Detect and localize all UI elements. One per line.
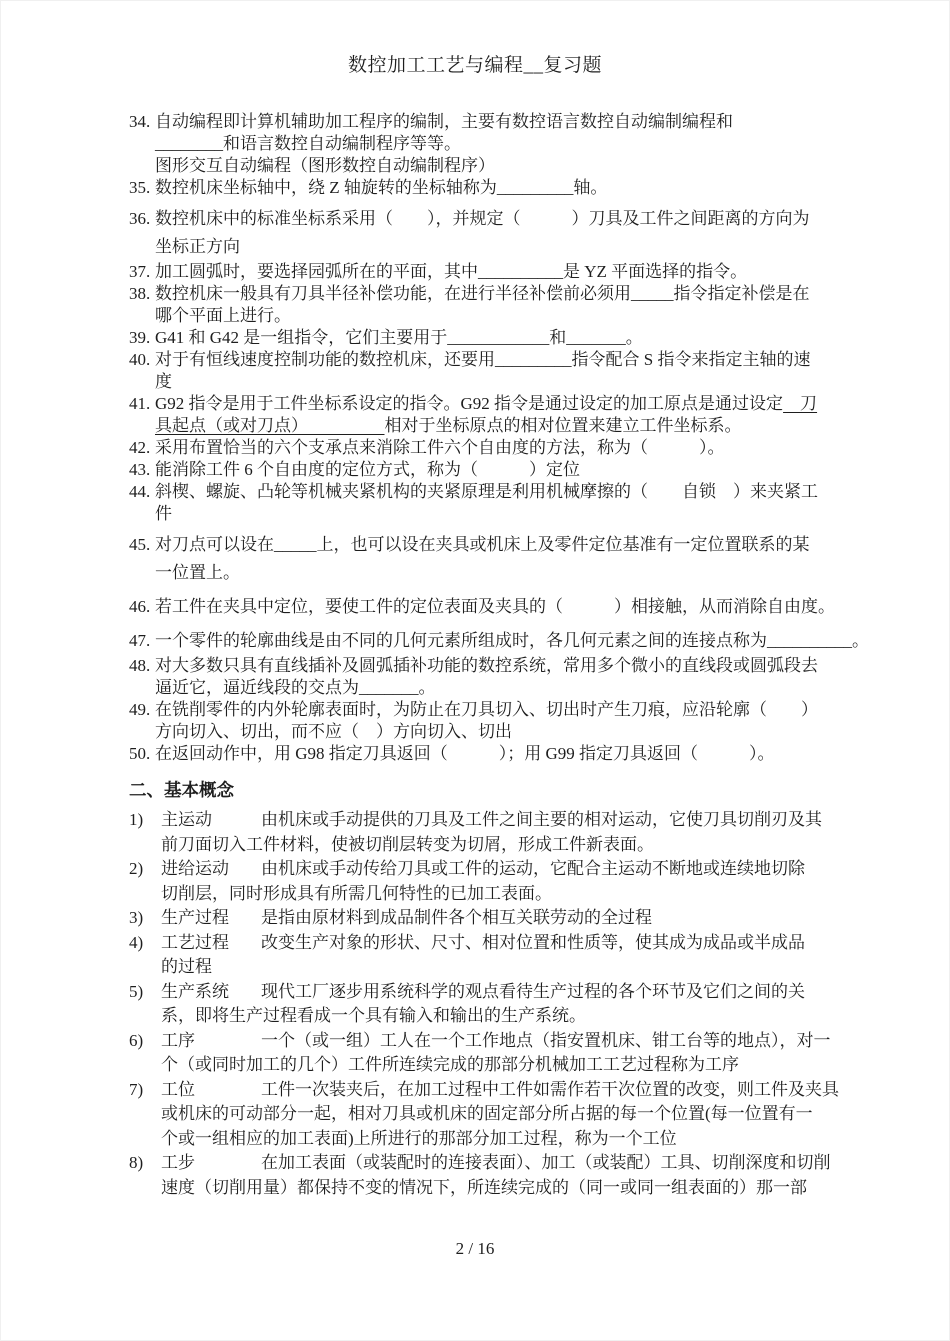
concept-item: 4)工艺过程改变生产对象的形状、尺寸、相对位置和性质等，使其成为成品或半成品的过…: [129, 931, 879, 980]
question-body: 斜楔、螺旋、凸轮等机械夹紧机构的夹紧原理是利用机械摩擦的（ 自锁 ）来夹紧工件: [155, 481, 879, 525]
question-body: 能消除工件 6 个自由度的定位方式，称为（ ）定位: [155, 459, 879, 481]
question-line: 坐标正方向: [155, 233, 879, 261]
concept-item: 8)工步在加工表面（或装配时的连接表面）、加工（或装配）工具、切削深度和切削速度…: [129, 1151, 879, 1200]
question-body: 若工件在夹具中定位，要使工件的定位表面及夹具的（ ）相接触，从而消除自由度。: [155, 593, 879, 621]
question-item: 46.若工件在夹具中定位，要使工件的定位表面及夹具的（ ）相接触，从而消除自由度…: [129, 593, 879, 621]
question-number: 42.: [129, 437, 155, 459]
question-list: 34.自动编程即计算机辅助加工程序的编制，主要有数控语言数控自动编制编程和___…: [129, 111, 879, 765]
question-number: 44.: [129, 481, 155, 525]
concept-line: 主运动由机床或手动提供的刀具及工件之间主要的相对运动，它使刀具切削刃及其: [161, 808, 879, 833]
question-item: 35.数控机床坐标轴中，绕 Z 轴旋转的坐标轴称为_________轴。: [129, 177, 879, 199]
question-line: ________和语言数控自动编制程序等等。: [155, 133, 879, 155]
question-line: 逼近它，逼近线段的交点为_______。: [155, 677, 879, 699]
question-body: 自动编程即计算机辅助加工程序的编制，主要有数控语言数控自动编制编程和______…: [155, 111, 879, 177]
question-item: 39.G41 和 G42 是一组指令，它们主要用于____________和__…: [129, 327, 879, 349]
underlined-answer-text: 具起点（或对刀点）: [155, 416, 385, 435]
question-number: 36.: [129, 205, 155, 261]
question-line: 数控机床中的标准坐标系采用（ ），并规定（ ）刀具及工件之间距离的方向为: [155, 205, 879, 233]
question-line: 自动编程即计算机辅助加工程序的编制，主要有数控语言数控自动编制编程和: [155, 111, 879, 133]
concept-definition: 工件一次装夹后，在加工过程中工件如需作若干次位置的改变，则工件及夹具: [261, 1080, 839, 1099]
concept-term: 工位: [161, 1078, 261, 1103]
question-number: 45.: [129, 531, 155, 587]
question-number: 50.: [129, 743, 155, 765]
concept-line: 生产过程是指由原材料到成品制件各个相互关联劳动的全过程: [161, 906, 879, 931]
concept-item: 7)工位工件一次装夹后，在加工过程中工件如需作若干次位置的改变，则工件及夹具或机…: [129, 1078, 879, 1152]
question-line: 图形交互自动编程（图形数控自动编制程序）: [155, 155, 879, 177]
question-body: 数控机床坐标轴中，绕 Z 轴旋转的坐标轴称为_________轴。: [155, 177, 879, 199]
question-line: 数控机床坐标轴中，绕 Z 轴旋转的坐标轴称为_________轴。: [155, 177, 879, 199]
question-number: 34.: [129, 111, 155, 177]
concept-list: 1)主运动由机床或手动提供的刀具及工件之间主要的相对运动，它使刀具切削刃及其前刀…: [129, 808, 879, 1200]
question-number: 40.: [129, 349, 155, 393]
question-line: 能消除工件 6 个自由度的定位方式，称为（ ）定位: [155, 459, 879, 481]
question-line: 对于有恒线速度控制功能的数控机床，还要用_________指令配合 S 指令来指…: [155, 349, 879, 371]
question-line: 在返回动作中，用 G98 指定刀具返回（ ）；用 G99 指定刀具返回（ ）。: [155, 743, 879, 765]
concept-body: 工位工件一次装夹后，在加工过程中工件如需作若干次位置的改变，则工件及夹具或机床的…: [161, 1078, 879, 1152]
question-line: 对大多数只具有直线插补及圆弧插补功能的数控系统，常用多个微小的直线段或圆弧段去: [155, 655, 879, 677]
concept-line: 个（或同时加工的几个）工件所连续完成的那部分机械加工工艺过程称为工序: [161, 1053, 879, 1078]
question-line: 哪个平面上进行。: [155, 305, 879, 327]
concept-line: 工位工件一次装夹后，在加工过程中工件如需作若干次位置的改变，则工件及夹具: [161, 1078, 879, 1103]
question-body: 采用布置恰当的六个支承点来消除工件六个自由度的方法，称为（ ）。: [155, 437, 879, 459]
question-item: 48.对大多数只具有直线插补及圆弧插补功能的数控系统，常用多个微小的直线段或圆弧…: [129, 655, 879, 699]
concept-line: 生产系统现代工厂逐步用系统科学的观点看待生产过程的各个环节及它们之间的关: [161, 980, 879, 1005]
concept-item: 1)主运动由机床或手动提供的刀具及工件之间主要的相对运动，它使刀具切削刃及其前刀…: [129, 808, 879, 857]
question-body: 对大多数只具有直线插补及圆弧插补功能的数控系统，常用多个微小的直线段或圆弧段去逼…: [155, 655, 879, 699]
concept-line: 或机床的可动部分一起，相对刀具或机床的固定部分所占据的每一个位置(每一位置有一: [161, 1102, 879, 1127]
concept-definition: 是指由原材料到成品制件各个相互关联劳动的全过程: [261, 908, 652, 927]
question-item: 47.一个零件的轮廓曲线是由不同的几何元素所组成时，各几何元素之间的连接点称为_…: [129, 627, 879, 655]
question-item: 36.数控机床中的标准坐标系采用（ ），并规定（ ）刀具及工件之间距离的方向为坐…: [129, 205, 879, 261]
question-number: 41.: [129, 393, 155, 437]
question-number: 49.: [129, 699, 155, 743]
concept-body: 工步在加工表面（或装配时的连接表面）、加工（或装配）工具、切削深度和切削速度（切…: [161, 1151, 879, 1200]
page-number: 2 / 16: [1, 1239, 949, 1259]
question-number: 46.: [129, 593, 155, 621]
question-line: 一个零件的轮廓曲线是由不同的几何元素所组成时，各几何元素之间的连接点称为____…: [155, 627, 879, 655]
concept-line: 前刀面切入工件材料，使被切削层转变为切屑，形成工件新表面。: [161, 833, 879, 858]
concept-definition: 改变生产对象的形状、尺寸、相对位置和性质等，使其成为成品或半成品: [261, 933, 805, 952]
concept-number: 7): [129, 1078, 161, 1152]
question-line: 斜楔、螺旋、凸轮等机械夹紧机构的夹紧原理是利用机械摩擦的（ 自锁 ）来夹紧工: [155, 481, 879, 503]
question-number: 48.: [129, 655, 155, 699]
concept-definition: 由机床或手动传给刀具或工件的运动，它配合主运动不断地或连续地切除: [261, 859, 805, 878]
question-line: 对刀点可以设在_____上，也可以设在夹具或机床上及零件定位基准有一定位置联系的…: [155, 531, 879, 559]
concept-line: 切削层，同时形成具有所需几何特性的已加工表面。: [161, 882, 879, 907]
concept-number: 4): [129, 931, 161, 980]
question-number: 43.: [129, 459, 155, 481]
concept-body: 工艺过程改变生产对象的形状、尺寸、相对位置和性质等，使其成为成品或半成品的过程: [161, 931, 879, 980]
question-body: 数控机床中的标准坐标系采用（ ），并规定（ ）刀具及工件之间距离的方向为坐标正方…: [155, 205, 879, 261]
question-line: 件: [155, 503, 879, 525]
question-text: G92 指令是用于工件坐标系设定的指令。G92 指令是通过设定的加工原点是通过设…: [155, 394, 783, 413]
concept-line: 的过程: [161, 955, 879, 980]
question-item: 37.加工圆弧时，要选择园弧所在的平面，其中__________是 YZ 平面选…: [129, 261, 879, 283]
question-item: 34.自动编程即计算机辅助加工程序的编制，主要有数控语言数控自动编制编程和___…: [129, 111, 879, 177]
question-item: 41.G92 指令是用于工件坐标系设定的指令。G92 指令是通过设定的加工原点是…: [129, 393, 879, 437]
concept-line: 个或一组相应的加工表面)上所进行的那部分加工过程，称为一个工位: [161, 1127, 879, 1152]
concept-body: 主运动由机床或手动提供的刀具及工件之间主要的相对运动，它使刀具切削刃及其前刀面切…: [161, 808, 879, 857]
question-number: 47.: [129, 627, 155, 655]
question-body: 在返回动作中，用 G98 指定刀具返回（ ）；用 G99 指定刀具返回（ ）。: [155, 743, 879, 765]
concept-term: 工艺过程: [161, 931, 261, 956]
concept-line: 进给运动由机床或手动传给刀具或工件的运动，它配合主运动不断地或连续地切除: [161, 857, 879, 882]
concept-line: 工艺过程改变生产对象的形状、尺寸、相对位置和性质等，使其成为成品或半成品: [161, 931, 879, 956]
concept-number: 8): [129, 1151, 161, 1200]
question-body: G92 指令是用于工件坐标系设定的指令。G92 指令是通过设定的加工原点是通过设…: [155, 393, 879, 437]
question-item: 50.在返回动作中，用 G98 指定刀具返回（ ）；用 G99 指定刀具返回（ …: [129, 743, 879, 765]
concept-line: 系，即将生产过程看成一个具有输入和输出的生产系统。: [161, 1004, 879, 1029]
concept-line: 工序一个（或一组）工人在一个工作地点（指安置机床、钳工台等的地点），对一: [161, 1029, 879, 1054]
question-line: 加工圆弧时，要选择园弧所在的平面，其中__________是 YZ 平面选择的指…: [155, 261, 879, 283]
question-item: 49.在铣削零件的内外轮廓表面时，为防止在刀具切入、切出时产生刀痕，应沿轮廓（ …: [129, 699, 879, 743]
concept-number: 5): [129, 980, 161, 1029]
question-line: 若工件在夹具中定位，要使工件的定位表面及夹具的（ ）相接触，从而消除自由度。: [155, 593, 879, 621]
question-number: 35.: [129, 177, 155, 199]
concept-item: 3)生产过程是指由原材料到成品制件各个相互关联劳动的全过程: [129, 906, 879, 931]
question-body: 在铣削零件的内外轮廓表面时，为防止在刀具切入、切出时产生刀痕，应沿轮廓（ ）方向…: [155, 699, 879, 743]
question-line: G92 指令是用于工件坐标系设定的指令。G92 指令是通过设定的加工原点是通过设…: [155, 393, 879, 415]
question-item: 42.采用布置恰当的六个支承点来消除工件六个自由度的方法，称为（ ）。: [129, 437, 879, 459]
question-line: 采用布置恰当的六个支承点来消除工件六个自由度的方法，称为（ ）。: [155, 437, 879, 459]
concept-term: 生产系统: [161, 980, 261, 1005]
concept-number: 6): [129, 1029, 161, 1078]
question-line: 度: [155, 371, 879, 393]
concept-item: 2)进给运动由机床或手动传给刀具或工件的运动，它配合主运动不断地或连续地切除切削…: [129, 857, 879, 906]
question-line: G41 和 G42 是一组指令，它们主要用于____________和_____…: [155, 327, 879, 349]
question-body: 加工圆弧时，要选择园弧所在的平面，其中__________是 YZ 平面选择的指…: [155, 261, 879, 283]
concept-definition: 一个（或一组）工人在一个工作地点（指安置机床、钳工台等的地点），对一: [261, 1031, 831, 1050]
question-body: 对于有恒线速度控制功能的数控机床，还要用_________指令配合 S 指令来指…: [155, 349, 879, 393]
concept-body: 工序一个（或一组）工人在一个工作地点（指安置机床、钳工台等的地点），对一个（或同…: [161, 1029, 879, 1078]
concept-number: 3): [129, 906, 161, 931]
question-item: 40.对于有恒线速度控制功能的数控机床，还要用_________指令配合 S 指…: [129, 349, 879, 393]
concept-term: 主运动: [161, 808, 261, 833]
document-title: 数控加工工艺与编程__复习题: [1, 1, 949, 77]
concept-body: 进给运动由机床或手动传给刀具或工件的运动，它配合主运动不断地或连续地切除切削层，…: [161, 857, 879, 906]
concept-body: 生产系统现代工厂逐步用系统科学的观点看待生产过程的各个环节及它们之间的关系，即将…: [161, 980, 879, 1029]
concept-body: 生产过程是指由原材料到成品制件各个相互关联劳动的全过程: [161, 906, 879, 931]
question-item: 38.数控机床一般具有刀具半径补偿功能，在进行半径补偿前必须用_____指令指定…: [129, 283, 879, 327]
question-line: 具起点（或对刀点） 相对于坐标原点的相对位置来建立工件坐标系。: [155, 415, 879, 437]
question-text: 相对于坐标原点的相对位置来建立工件坐标系。: [385, 416, 742, 435]
question-item: 44.斜楔、螺旋、凸轮等机械夹紧机构的夹紧原理是利用机械摩擦的（ 自锁 ）来夹紧…: [129, 481, 879, 525]
concept-term: 工步: [161, 1151, 261, 1176]
concept-term: 工序: [161, 1029, 261, 1054]
concept-definition: 在加工表面（或装配时的连接表面）、加工（或装配）工具、切削深度和切削: [261, 1153, 831, 1172]
question-number: 39.: [129, 327, 155, 349]
concept-definition: 由机床或手动提供的刀具及工件之间主要的相对运动，它使刀具切削刃及其: [261, 810, 822, 829]
concept-term: 生产过程: [161, 906, 261, 931]
question-body: 对刀点可以设在_____上，也可以设在夹具或机床上及零件定位基准有一定位置联系的…: [155, 531, 879, 587]
concept-number: 1): [129, 808, 161, 857]
question-item: 43.能消除工件 6 个自由度的定位方式，称为（ ）定位: [129, 459, 879, 481]
concept-number: 2): [129, 857, 161, 906]
section-heading: 二、基本概念: [129, 777, 949, 803]
concept-term: 进给运动: [161, 857, 261, 882]
question-body: G41 和 G42 是一组指令，它们主要用于____________和_____…: [155, 327, 879, 349]
question-body: 数控机床一般具有刀具半径补偿功能，在进行半径补偿前必须用_____指令指定补偿是…: [155, 283, 879, 327]
question-line: 一位置上。: [155, 559, 879, 587]
question-line: 在铣削零件的内外轮廓表面时，为防止在刀具切入、切出时产生刀痕，应沿轮廓（ ）: [155, 699, 879, 721]
concept-line: 工步在加工表面（或装配时的连接表面）、加工（或装配）工具、切削深度和切削: [161, 1151, 879, 1176]
question-item: 45.对刀点可以设在_____上，也可以设在夹具或机床上及零件定位基准有一定位置…: [129, 531, 879, 587]
question-line: 方向切入、切出，而不应（ ）方向切入、切出: [155, 721, 879, 743]
concept-line: 速度（切削用量）都保持不变的情况下，所连续完成的（同一或同一组表面的）那一部: [161, 1176, 879, 1201]
underlined-answer-text: 刀: [783, 394, 817, 413]
document-page: 数控加工工艺与编程__复习题 34.自动编程即计算机辅助加工程序的编制，主要有数…: [0, 0, 950, 1341]
concept-definition: 现代工厂逐步用系统科学的观点看待生产过程的各个环节及它们之间的关: [261, 982, 805, 1001]
question-number: 38.: [129, 283, 155, 327]
concept-item: 6)工序一个（或一组）工人在一个工作地点（指安置机床、钳工台等的地点），对一个（…: [129, 1029, 879, 1078]
question-line: 数控机床一般具有刀具半径补偿功能，在进行半径补偿前必须用_____指令指定补偿是…: [155, 283, 879, 305]
question-body: 一个零件的轮廓曲线是由不同的几何元素所组成时，各几何元素之间的连接点称为____…: [155, 627, 879, 655]
question-number: 37.: [129, 261, 155, 283]
concept-item: 5)生产系统现代工厂逐步用系统科学的观点看待生产过程的各个环节及它们之间的关系，…: [129, 980, 879, 1029]
